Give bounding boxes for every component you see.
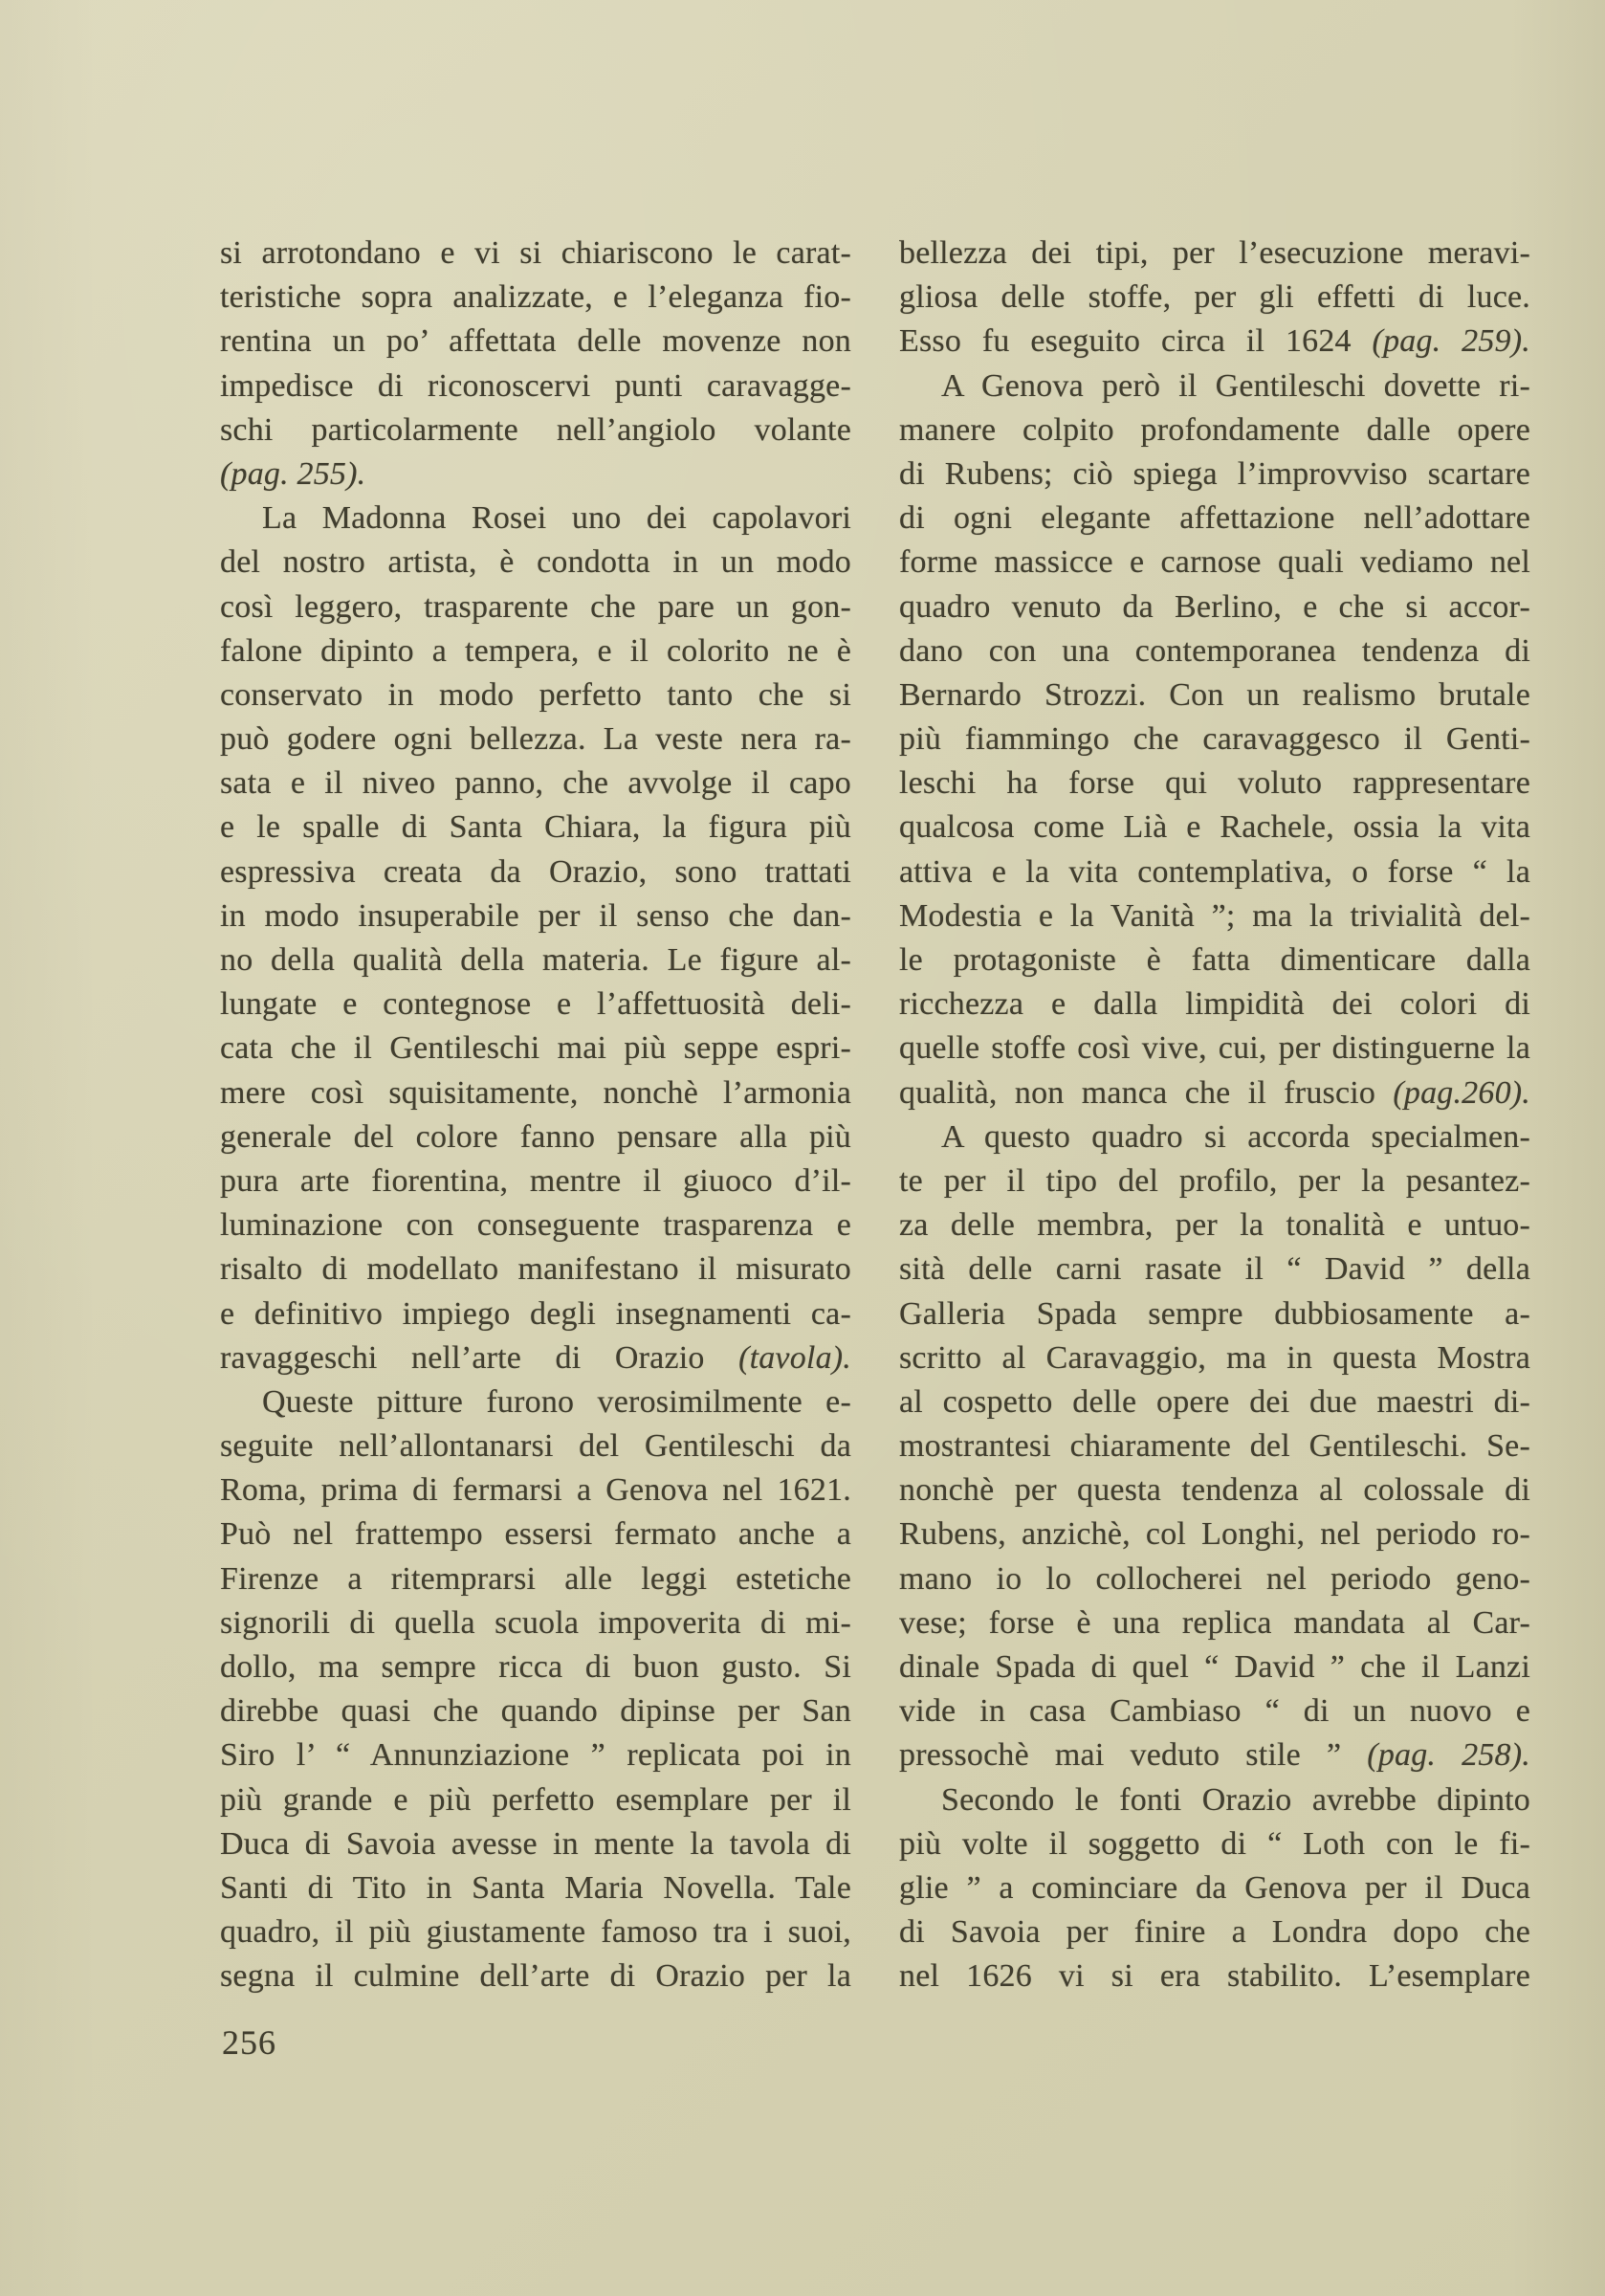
text-line: qualità, non manca che il fruscio (pag.2…	[899, 1071, 1530, 1115]
text-line: segna il culmine dell’arte di Orazio per…	[220, 1954, 851, 1998]
text-line: in modo insuperabile per il senso che da…	[220, 894, 851, 938]
text-line: Può nel frattempo essersi fermato anche …	[220, 1512, 851, 1556]
text-line: quadro venuto da Berlino, e che si accor…	[899, 585, 1530, 629]
text-line: Roma, prima di fermarsi a Genova nel 162…	[220, 1468, 851, 1512]
text-line: mano io lo collocherei nel periodo geno-	[899, 1557, 1530, 1601]
text-line: così leggero, trasparente che pare un go…	[220, 585, 851, 629]
text-line: falone dipinto a tempera, e il colorito …	[220, 629, 851, 673]
text-line: Bernardo Strozzi. Con un realismo brutal…	[899, 673, 1530, 717]
text-line: nonchè per questa tendenza al colossale …	[899, 1468, 1530, 1512]
text-line: luminazione con conseguente trasparenza …	[220, 1203, 851, 1247]
text-line: quelle stoffe così vive, cui, per distin…	[899, 1027, 1530, 1071]
text-line: za delle membra, per la tonalità e untuo…	[899, 1203, 1530, 1247]
text-line: scritto al Caravaggio, ma in questa Most…	[899, 1336, 1530, 1380]
text-line: dinale Spada di quel “ David ” che il La…	[899, 1645, 1530, 1689]
text-line: Santi di Tito in Santa Maria Novella. Ta…	[220, 1866, 851, 1910]
text-line: impedisce di riconoscervi punti caravagg…	[220, 364, 851, 408]
text-line: e le spalle di Santa Chiara, la figura p…	[220, 806, 851, 850]
text-line: Secondo le fonti Orazio avrebbe dipinto	[899, 1778, 1530, 1822]
text-line: più volte il soggetto di “ Loth con le f…	[899, 1822, 1530, 1866]
text-line: teristiche sopra analizzate, e l’eleganz…	[220, 276, 851, 320]
text-line: glie ” a cominciare da Genova per il Duc…	[899, 1866, 1530, 1910]
text-line: cata che il Gentileschi mai più seppe es…	[220, 1027, 851, 1071]
text-line: di ogni elegante affettazione nell’adott…	[899, 497, 1530, 541]
text-line: A Genova però il Gentileschi dovette ri-	[899, 364, 1530, 408]
text-line: Esso fu eseguito circa il 1624 (pag. 259…	[899, 320, 1530, 364]
text-line: le protagoniste è fatta dimenticare dall…	[899, 938, 1530, 982]
text-line: qualcosa come Lià e Rachele, ossia la vi…	[899, 806, 1530, 850]
page-number: 256	[222, 2020, 276, 2064]
text-line: seguite nell’allontanarsi del Gentilesch…	[220, 1424, 851, 1468]
text-line: del nostro artista, è condotta in un mod…	[220, 541, 851, 585]
text-line: leschi ha forse qui voluto rappresentare	[899, 762, 1530, 806]
text-line: te per il tipo del profilo, per la pesan…	[899, 1159, 1530, 1203]
text-line: (pag. 255).	[220, 453, 851, 497]
text-line: signorili di quella scuola impoverita di…	[220, 1601, 851, 1645]
text-line: di Savoia per finire a Londra dopo che	[899, 1910, 1530, 1954]
text-line: Galleria Spada sempre dubbiosamente a-	[899, 1292, 1530, 1336]
text-line: conservato in modo perfetto tanto che si	[220, 673, 851, 717]
text-line: attiva e la vita contemplativa, o forse …	[899, 850, 1530, 894]
text-line: espressiva creata da Orazio, sono tratta…	[220, 850, 851, 894]
text-line: Siro l’ “ Annunziazione ” replicata poi …	[220, 1733, 851, 1777]
book-page-scan: si arrotondano e vi si chiariscono le ca…	[0, 0, 1605, 2296]
text-line: pura arte fiorentina, mentre il giuoco d…	[220, 1159, 851, 1203]
text-line: lungate e contegnose e l’affettuosità de…	[220, 982, 851, 1027]
text-line: schi particolarmente nell’angiolo volant…	[220, 408, 851, 453]
text-line: no della qualità della materia. Le figur…	[220, 938, 851, 982]
text-line: A questo quadro si accorda specialmen-	[899, 1115, 1530, 1159]
text-line: sata e il niveo panno, che avvolge il ca…	[220, 762, 851, 806]
text-line: e definitivo impiego degli insegnamenti …	[220, 1292, 851, 1336]
text-line: si arrotondano e vi si chiariscono le ca…	[220, 232, 851, 276]
text-line: dollo, ma sempre ricca di buon gusto. Si	[220, 1645, 851, 1689]
text-line: più fiammingo che caravaggesco il Genti-	[899, 717, 1530, 762]
text-column-left: si arrotondano e vi si chiariscono le ca…	[220, 232, 851, 1999]
text-line: Firenze a ritemprarsi alle leggi estetic…	[220, 1557, 851, 1601]
text-line: mostrantesi chiaramente del Gentileschi.…	[899, 1424, 1530, 1468]
text-line: Queste pitture furono verosimilmente e-	[220, 1380, 851, 1424]
text-line: vese; forse è una replica mandata al Car…	[899, 1601, 1530, 1645]
text-line: forme massicce e carnose quali vediamo n…	[899, 541, 1530, 585]
text-line: generale del colore fanno pensare alla p…	[220, 1115, 851, 1159]
text-line: dano con una contemporanea tendenza di	[899, 629, 1530, 673]
text-line: La Madonna Rosei uno dei capolavori	[220, 497, 851, 541]
text-line: Modestia e la Vanità ”; ma la trivialità…	[899, 894, 1530, 938]
text-line: risalto di modellato manifestano il misu…	[220, 1247, 851, 1291]
text-line: Duca di Savoia avesse in mente la tavola…	[220, 1822, 851, 1866]
text-line: mere così squisitamente, nonchè l’armoni…	[220, 1071, 851, 1115]
text-line: al cospetto delle opere dei due maestri …	[899, 1380, 1530, 1424]
text-line: quadro, il più giustamente famoso tra i …	[220, 1910, 851, 1954]
text-line: direbbe quasi che quando dipinse per San	[220, 1689, 851, 1733]
text-line: può godere ogni bellezza. La veste nera …	[220, 717, 851, 762]
text-line: pressochè mai veduto stile ” (pag. 258).	[899, 1733, 1530, 1777]
text-line: sità delle carni rasate il “ David ” del…	[899, 1247, 1530, 1291]
text-line: più grande e più perfetto esemplare per …	[220, 1778, 851, 1822]
text-line: gliosa delle stoffe, per gli effetti di …	[899, 276, 1530, 320]
text-column-right: bellezza dei tipi, per l’esecuzione mera…	[899, 232, 1530, 1999]
text-line: vide in casa Cambiaso “ di un nuovo e	[899, 1689, 1530, 1733]
text-line: manere colpito profondamente dalle opere	[899, 408, 1530, 453]
text-line: rentina un po’ affettata delle movenze n…	[220, 320, 851, 364]
text-line: Rubens, anzichè, col Longhi, nel periodo…	[899, 1512, 1530, 1556]
text-line: di Rubens; ciò spiega l’improvviso scart…	[899, 453, 1530, 497]
text-line: ravaggeschi nell’arte di Orazio (tavola)…	[220, 1336, 851, 1380]
text-line: nel 1626 vi si era stabilito. L’esemplar…	[899, 1954, 1530, 1998]
text-line: ricchezza e dalla limpidità dei colori d…	[899, 982, 1530, 1027]
text-line: bellezza dei tipi, per l’esecuzione mera…	[899, 232, 1530, 276]
